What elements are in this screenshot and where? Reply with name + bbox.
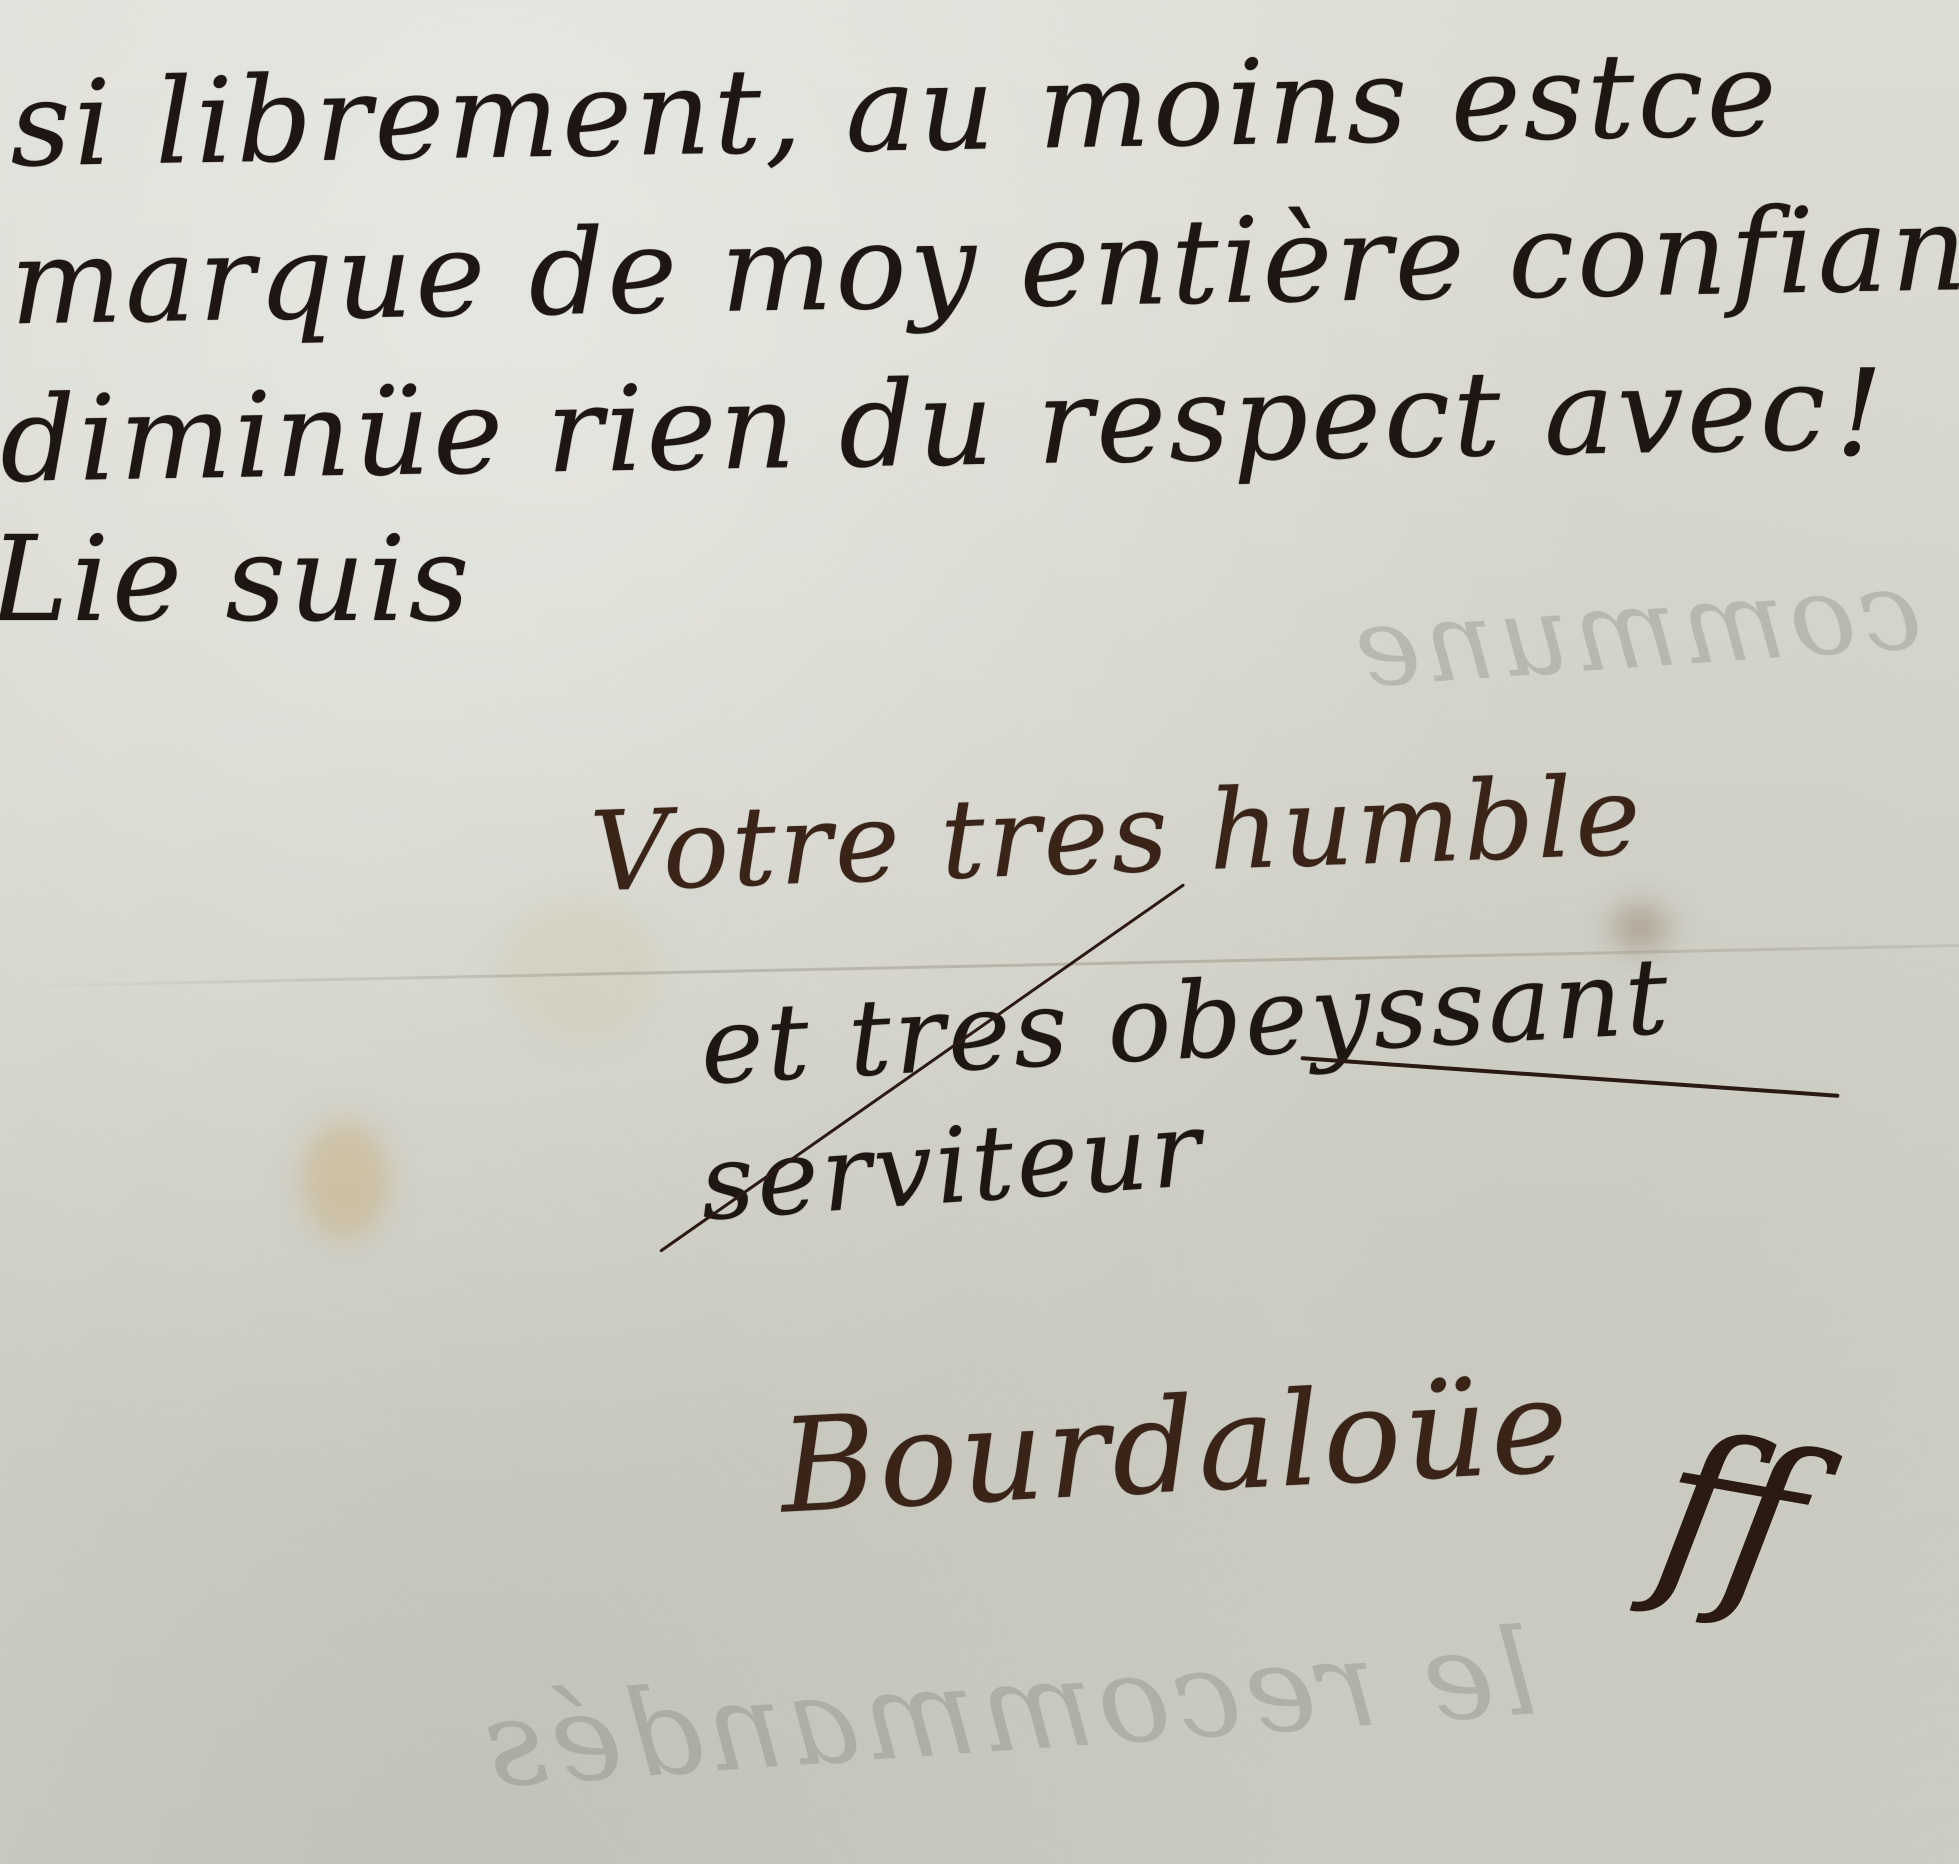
letter-body-line: marque de moy entière confiance	[9, 177, 1959, 352]
closing-formula-line: Votre tres humble	[588, 752, 1645, 917]
foxing-stain	[300, 1120, 390, 1240]
letter-page: la commune le recommandés si librement, …	[0, 0, 1959, 1864]
signature: Bourdaloüe	[777, 1349, 1575, 1542]
closing-formula-line: serviteur	[696, 1088, 1207, 1245]
letter-body-line: si librement, au moins estce	[9, 25, 1781, 194]
closing-formula-line: et tres obeyssant	[697, 935, 1673, 1109]
bleed-through-text: le recommandés	[476, 1603, 1540, 1815]
line-end-mark: !	[1835, 345, 1883, 484]
bleed-through-text: la commune	[1346, 535, 1959, 713]
letter-body-line: Lie suis	[0, 510, 472, 648]
letter-body-line: diminüe rien du respect avec	[0, 339, 1830, 509]
paper-discoloration	[500, 900, 660, 1040]
signature-paraph-icon: ff	[1641, 1389, 1821, 1643]
